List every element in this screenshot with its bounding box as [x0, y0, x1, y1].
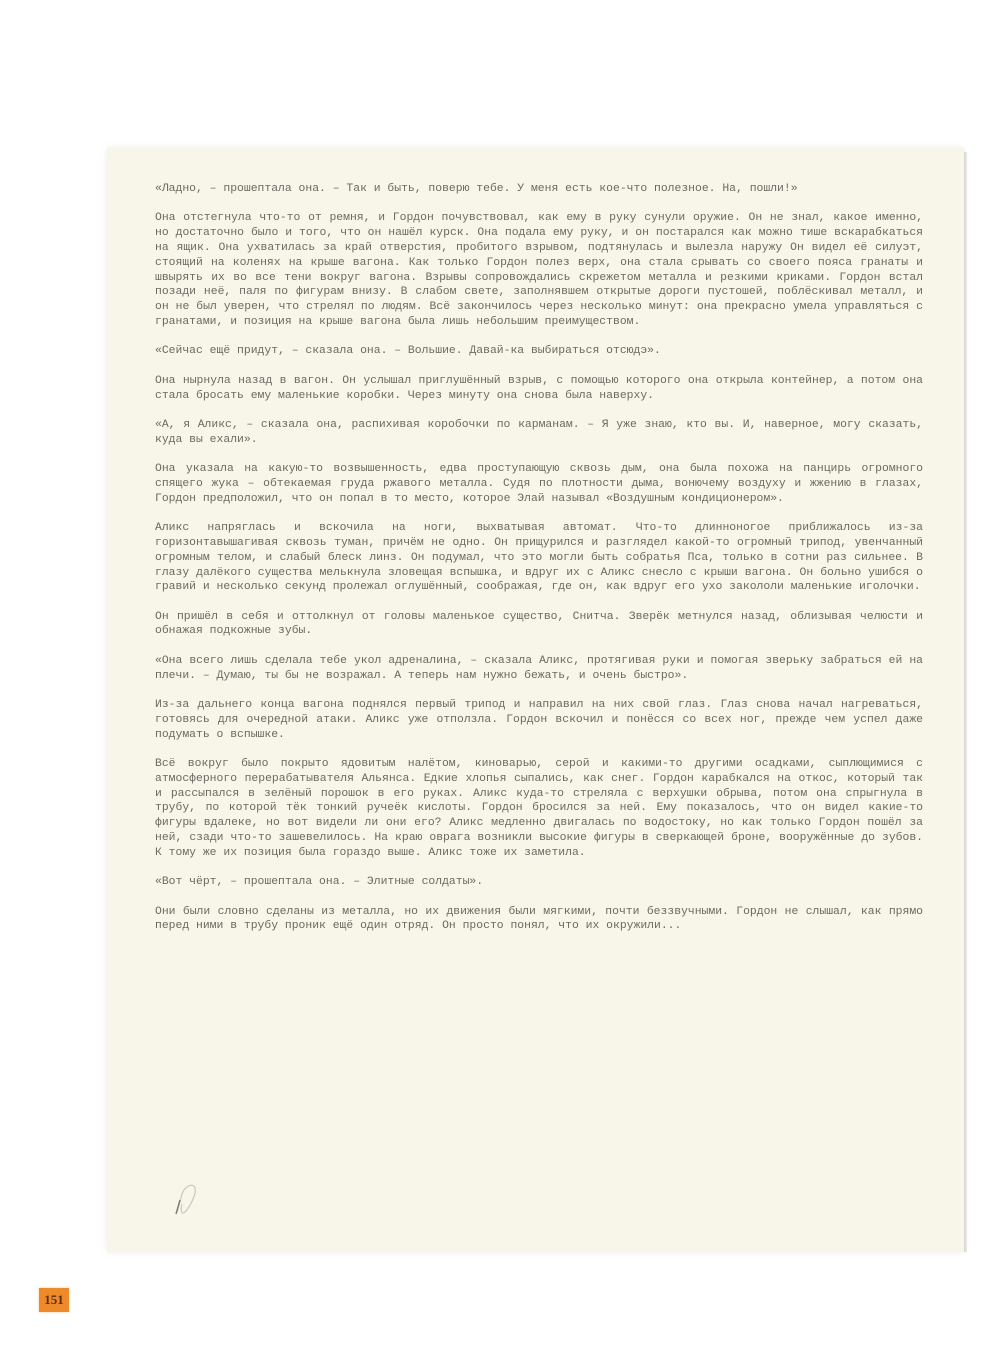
pencil-scribble-icon — [173, 1178, 199, 1218]
paragraph: «А, я Аликс, – сказала она, распихивая к… — [155, 418, 923, 448]
paragraph: Они были словно сделаны из металла, но и… — [155, 905, 923, 935]
paragraph: Аликс напряглась и вскочила на ноги, вых… — [155, 521, 923, 595]
paper-edge — [964, 152, 967, 1252]
page-text: «Ладно, – прошептала она. – Так и быть, … — [155, 182, 923, 949]
paragraph: «Ладно, – прошептала она. – Так и быть, … — [155, 182, 923, 197]
page-number-badge: 151 — [39, 1288, 69, 1312]
paragraph: Из-за дальнего конца вагона поднялся пер… — [155, 698, 923, 742]
paragraph: Она отстегнула что-то от ремня, и Гордон… — [155, 211, 923, 329]
typewritten-page: «Ладно, – прошептала она. – Так и быть, … — [107, 148, 964, 1252]
paragraph: «Сейчас ещё придут, – сказала она. – Вол… — [155, 344, 923, 359]
paragraph: Он пришёл в себя и оттолкнул от головы м… — [155, 610, 923, 640]
paragraph: Она указала на какую-то возвышенность, е… — [155, 462, 923, 506]
paragraph: Всё вокруг было покрыто ядовитым налётом… — [155, 757, 923, 861]
paragraph: Она нырнула назад в вагон. Он услышал пр… — [155, 374, 923, 404]
paragraph: «Она всего лишь сделала тебе укол адрена… — [155, 654, 923, 684]
paragraph: «Вот чёрт, – прошептала она. – Элитные с… — [155, 875, 923, 890]
